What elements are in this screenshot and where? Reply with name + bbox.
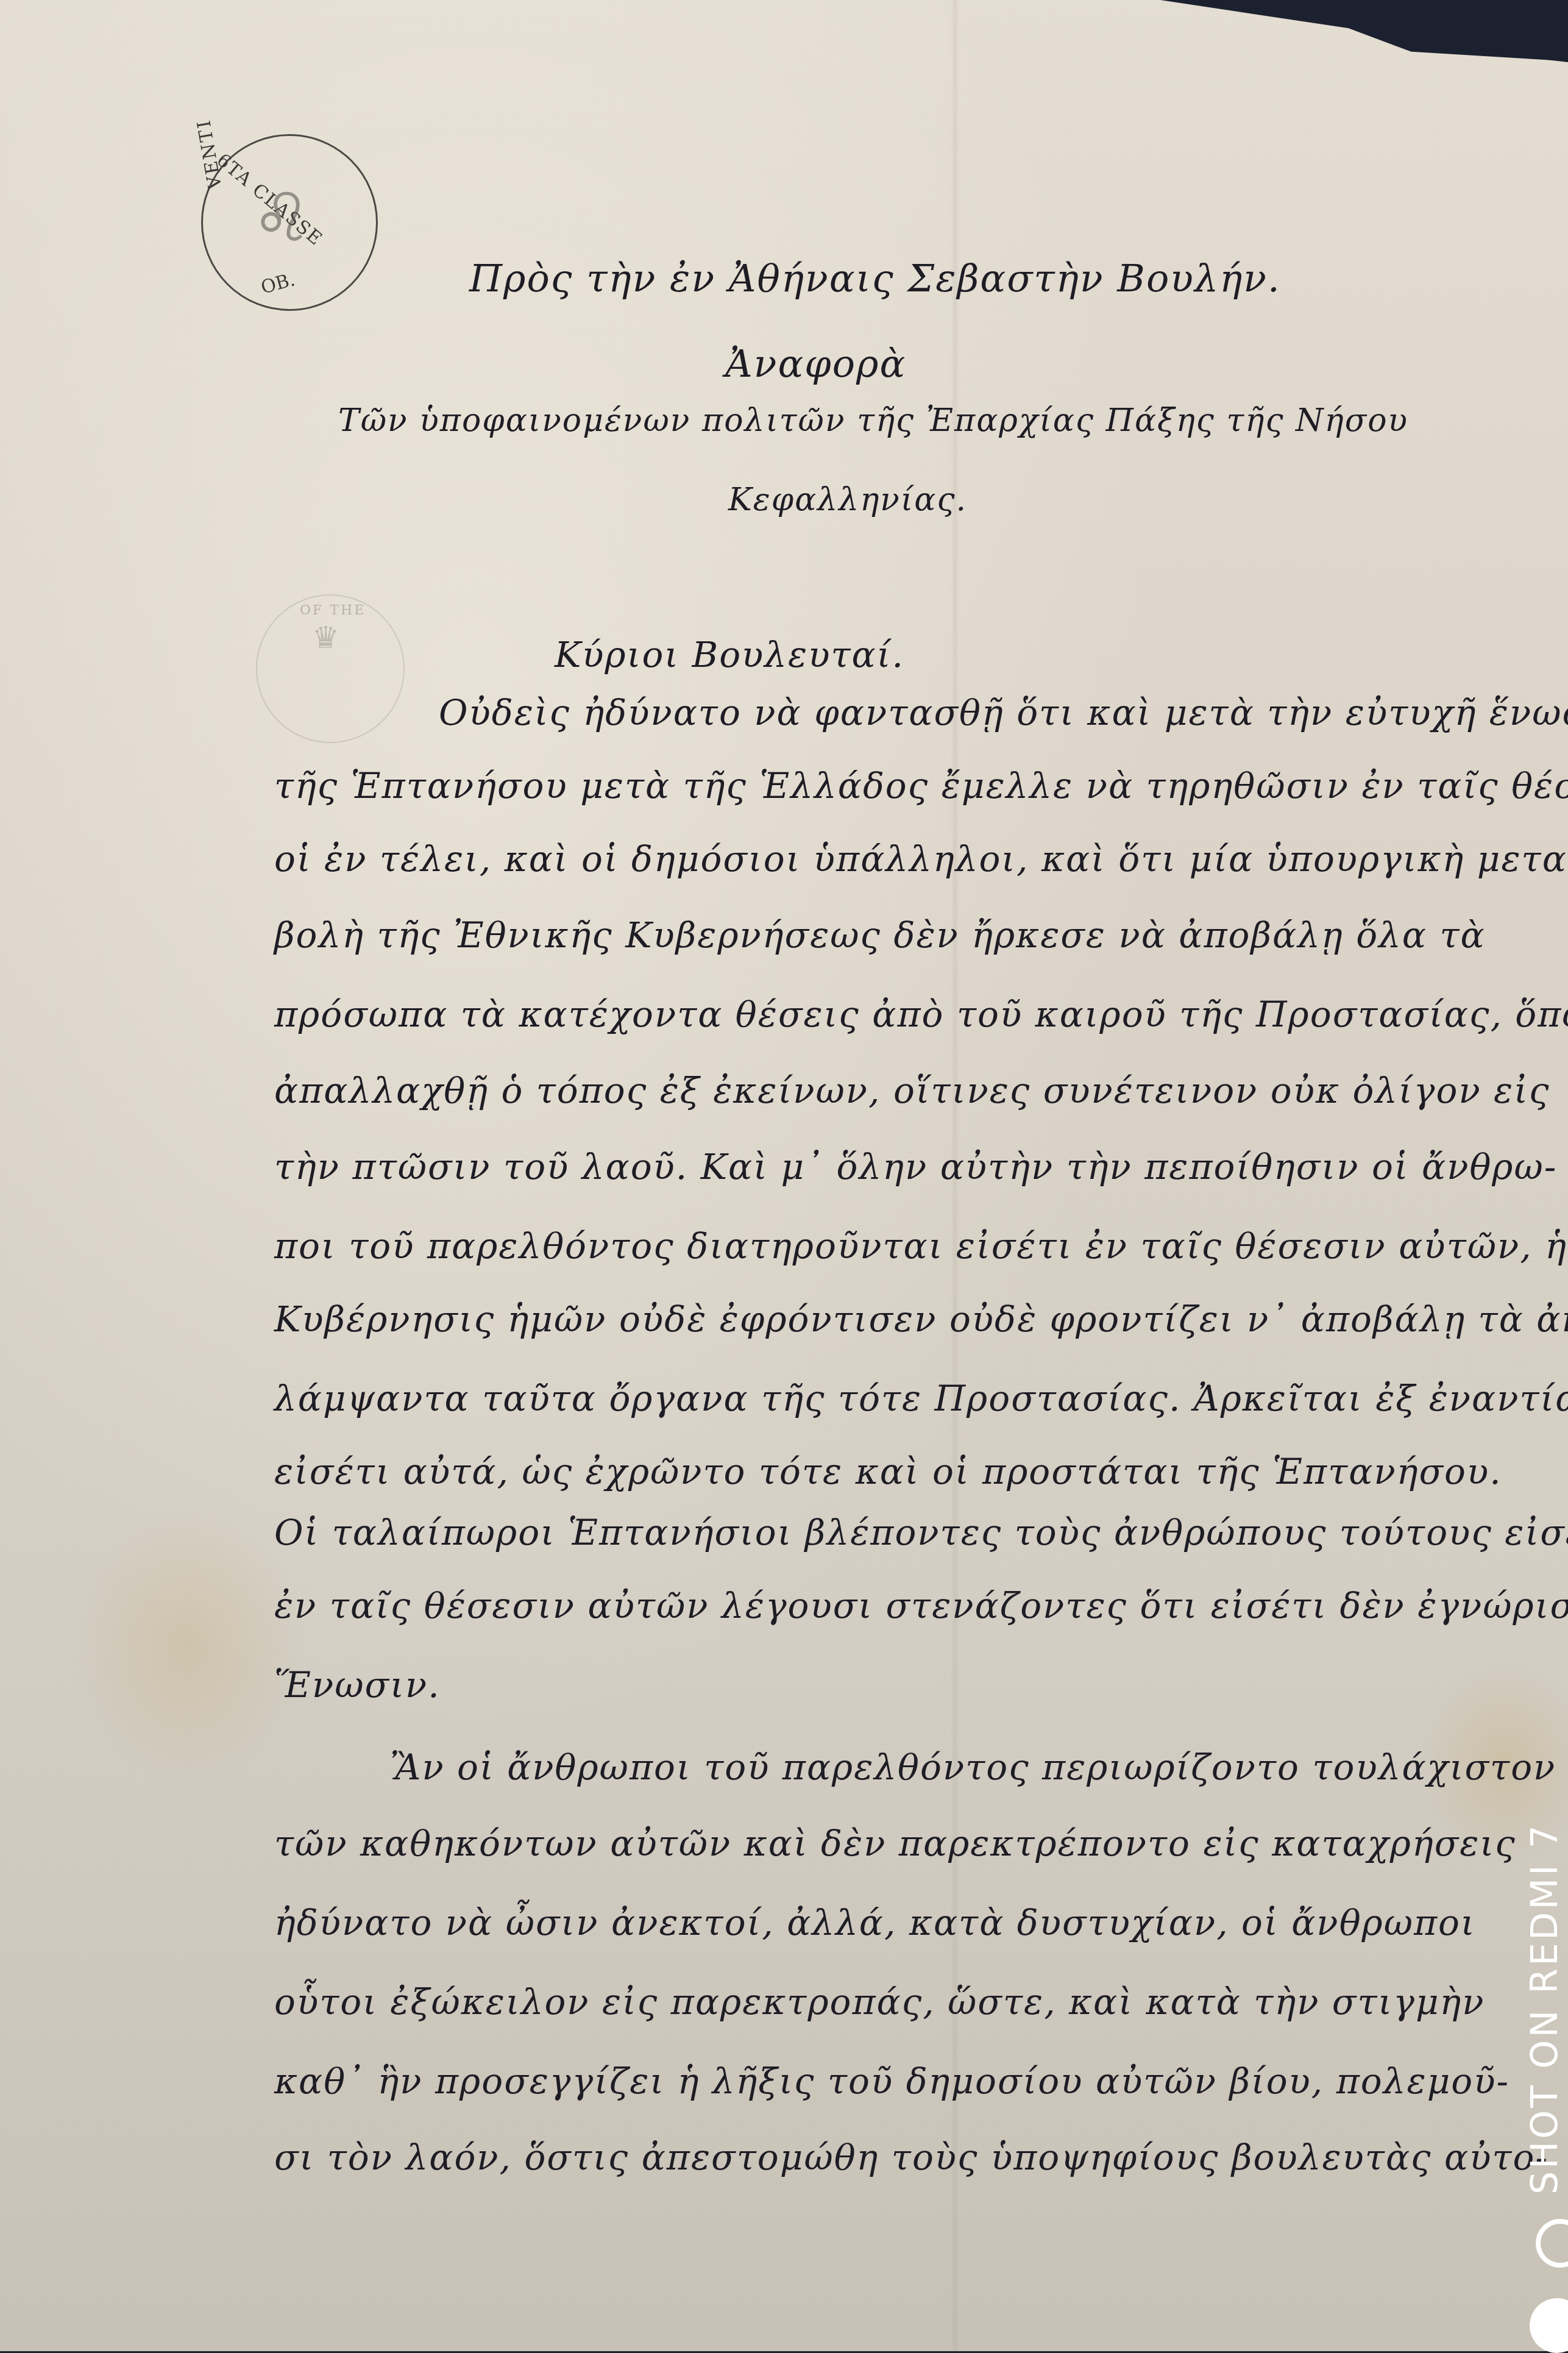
document-title: Ἀναφορὰ: [725, 341, 906, 386]
camera-watermark: SHOT ON REDMI 7: [1524, 1823, 1566, 2195]
body-line: ποι τοῦ παρελθόντος διατηροῦνται εἰσέτι …: [274, 1225, 1568, 1267]
subtitle-line-2: Κεφαλληνίας.: [728, 482, 967, 518]
embossed-seal: OF THE ♛: [256, 594, 405, 743]
body-line: τῆς Ἑπτανήσου μετὰ τῆς Ἑλλάδος ἔμελλε νὰ…: [274, 765, 1568, 806]
body-line: οἱ ἐν τέλει, καὶ οἱ δημόσιοι ὑπάλληλοι, …: [274, 838, 1568, 880]
body-line: ἐν ταῖς θέσεσιν αὐτῶν λέγουσι στενάζοντε…: [274, 1585, 1568, 1626]
body-line: τῶν καθηκόντων αὐτῶν καὶ δὲν παρεκτρέπον…: [274, 1823, 1516, 1864]
winged-lion-icon: ♌: [252, 179, 312, 257]
body-line: Ἕνωσιν.: [274, 1664, 441, 1706]
body-line: καθ᾽ ἣν προσεγγίζει ἡ λῆξις τοῦ δημοσίου…: [274, 2060, 1509, 2102]
body-line: ἀπαλλαχθῇ ὁ τόπος ἐξ ἐκείνων, οἵτινες συ…: [274, 1070, 1550, 1111]
body-line: τὴν πτῶσιν τοῦ λαοῦ. Καὶ μ᾽ ὅλην αὐτὴν τ…: [274, 1146, 1557, 1187]
body-line: βολὴ τῆς Ἐθνικῆς Κυβερνήσεως δὲν ἤρκεσε …: [274, 914, 1486, 956]
body-line: σι τὸν λαόν, ὅστις ἀπεστομώθη τοὺς ὑποψη…: [274, 2137, 1548, 2178]
body-line: πρόσωπα τὰ κατέχοντα θέσεις ἀπὸ τοῦ καιρ…: [274, 994, 1568, 1035]
body-line: εἰσέτι αὐτά, ὡς ἐχρῶντο τότε καὶ οἱ προσ…: [274, 1451, 1502, 1492]
body-line: ἠδύνατο νὰ ὦσιν ἀνεκτοί, ἀλλά, κατὰ δυστ…: [274, 1902, 1476, 1943]
body-line: οὗτοι ἐξώκειλον εἰς παρεκτροπάς, ὥστε, κ…: [274, 1981, 1485, 2023]
seal-text: OF THE: [300, 603, 366, 618]
body-line: Οἱ ταλαίπωροι Ἑπτανήσιοι βλέποντες τοὺς …: [274, 1512, 1568, 1553]
body-line: Ἂν οἱ ἄνθρωποι τοῦ παρελθόντος περιωρίζο…: [390, 1746, 1568, 1788]
address-line: Πρὸς τὴν ἐν Ἀθήναις Σεβαστὴν Βουλήν.: [469, 256, 1281, 301]
revenue-stamp: 6TA CLASSE VENTI ♌ OB.: [201, 134, 378, 311]
crown-icon: ♛: [312, 620, 339, 655]
body-line: Κυβέρνησις ἡμῶν οὐδὲ ἐφρόντισεν οὐδὲ φρο…: [274, 1298, 1568, 1340]
document-page: 6TA CLASSE VENTI ♌ OB. OF THE ♛ Πρὸς τὴν…: [0, 0, 1568, 2351]
body-line: λάμψαντα ταῦτα ὄργανα τῆς τότε Προστασία…: [274, 1378, 1568, 1419]
body-line: Οὐδεὶς ἠδύνατο νὰ φαντασθῇ ὅτι καὶ μετὰ …: [439, 692, 1568, 733]
subtitle-line-1: Τῶν ὑποφαινομένων πολιτῶν τῆς Ἐπαρχίας Π…: [338, 402, 1408, 439]
stamp-ob-label: OB.: [258, 269, 297, 298]
salutation: Κύριοι Βουλευταί.: [555, 634, 904, 675]
